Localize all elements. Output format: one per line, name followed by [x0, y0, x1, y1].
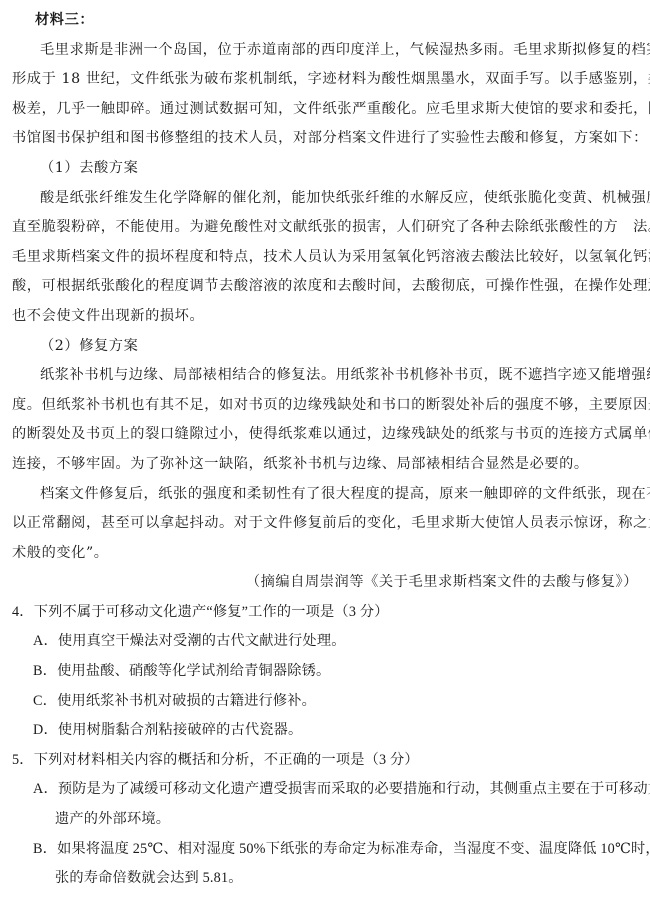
question-4: 4．下列不属于可移动文化遗产“修复”工作的一项是（3 分） A．使用真空干燥法对…	[12, 598, 640, 746]
option-text: 预防是为了减缓可移动文化遗产遭受损害而采取的必要措施和行动，其侧重点主要在于可移…	[58, 781, 650, 797]
intro-paragraph: 毛里求斯是非洲一个岛国，位于赤道南部的西印度洋上，气候湿热多雨。毛里求斯拟修复的…	[12, 36, 640, 154]
option-a: A．使用真空干燥法对受潮的古代文献进行处理。	[12, 627, 640, 657]
option-text: 使用真空干燥法对受潮的古代文献进行处理。	[58, 633, 346, 649]
exam-page: 材料三： 毛里求斯是非洲一个岛国，位于赤道南部的西印度洋上，气候湿热多雨。毛里求…	[12, 6, 640, 894]
option-label: D．	[33, 722, 58, 738]
question-stem: 5．下列对材料相关内容的概括和分析，不正确的一项是（3 分）	[12, 746, 640, 776]
paragraph-line: 毛里求斯是非洲一个岛国，位于赤道南部的西印度洋上，气候湿热多雨。毛里求斯拟修复的…	[12, 36, 640, 66]
question-5: 5．下列对材料相关内容的概括和分析，不正确的一项是（3 分） A．预防是为了减缓…	[12, 746, 640, 894]
paragraph-line: 度。但纸浆补书机也有其不足，如对书页的边缘残缺处和书口的断裂处补后的强度不够，主…	[12, 391, 640, 421]
paragraph-line: 直至脆裂粉碎，不能使用。为避免酸性对文献纸张的损害，人们研究了各种去除纸张酸性的…	[12, 213, 640, 243]
option-b-continued: 张的寿命倍数就会达到 5.81。	[12, 864, 640, 894]
paragraph-line: 连接，不够牢固。为了弥补这一缺陷，纸浆补书机与边缘、局部裱相结合显然是必要的。	[12, 450, 640, 480]
repair-paragraph: 纸浆补书机与边缘、局部裱相结合的修复法。用纸浆补书机修补书页，既不遮挡字迹又能增…	[12, 361, 640, 479]
option-label: B．	[33, 841, 57, 857]
paragraph-line: 术般的变化”。	[12, 539, 640, 569]
paragraph-line: 也不会使文件出现新的损坏。	[12, 302, 640, 332]
paragraph-line: 书馆图书保护组和图书修整组的技术人员，对部分档案文件进行了实验性去酸和修复，方案…	[12, 124, 640, 154]
option-c: C．使用纸浆补书机对破损的古籍进行修补。	[12, 687, 640, 717]
option-text: 如果将温度 25℃、相对湿度 50%下纸张的寿命定为标准寿命，当湿度不变、温度降…	[57, 841, 650, 857]
option-a-continued: 遗产的外部环境。	[12, 805, 640, 835]
question-stem: 4．下列不属于可移动文化遗产“修复”工作的一项是（3 分）	[12, 598, 640, 628]
option-d: D．使用树脂黏合剂粘接破碎的古代瓷器。	[12, 716, 640, 746]
paragraph-line: 形成于 18 世纪，文件纸张为破布浆机制纸，字迹材料为酸性烟黑墨水，双面手写。以…	[12, 65, 640, 95]
question-text: 下列不属于可移动文化遗产“修复”工作的一项是（3 分）	[34, 604, 389, 620]
question-text: 下列对材料相关内容的概括和分析，不正确的一项是（3 分）	[34, 752, 419, 768]
option-label: A．	[33, 781, 58, 797]
section-heading-deacidification: （1）去酸方案	[12, 154, 640, 184]
paragraph-line: 的断裂处及书页上的裂口缝隙过小，使得纸浆难以通过，边缘残缺处的纸浆与书页的连接方…	[12, 420, 640, 450]
option-label: A．	[33, 633, 58, 649]
option-label: C．	[33, 693, 57, 709]
question-number: 5．	[12, 752, 34, 768]
option-text: 使用纸浆补书机对破损的古籍进行修补。	[57, 693, 316, 709]
deacidification-paragraph: 酸是纸张纤维发生化学降解的催化剂，能加快纸张纤维的水解反应，使纸张脆化变黄、机械…	[12, 184, 640, 332]
paragraph-line: 酸，可根据纸张酸化的程度调节去酸溶液的浓度和去酸时间，去酸彻底，可操作性强，在操…	[12, 272, 640, 302]
option-label: B．	[33, 663, 57, 679]
paragraph-line: 极差，几乎一触即碎。通过测试数据可知，文件纸张严重酸化。应毛里求斯大使馆的要求和…	[12, 95, 640, 125]
paragraph-line: 以正常翻阅，甚至可以拿起抖动。对于文件修复前后的变化，毛里求斯大使馆人员表示惊讶…	[12, 509, 640, 539]
option-b: B．如果将温度 25℃、相对湿度 50%下纸张的寿命定为标准寿命，当湿度不变、温…	[12, 835, 640, 865]
option-b: B．使用盐酸、硝酸等化学试剂给青铜器除锈。	[12, 657, 640, 687]
section-heading-repair: （2）修复方案	[12, 332, 640, 362]
source-citation: （摘编自周崇润等《关于毛里求斯档案文件的去酸与修复》）	[12, 568, 640, 598]
material-title: 材料三：	[12, 6, 640, 36]
paragraph-line: 酸是纸张纤维发生化学降解的催化剂，能加快纸张纤维的水解反应，使纸张脆化变黄、机械…	[12, 184, 640, 214]
option-a: A．预防是为了减缓可移动文化遗产遭受损害而采取的必要措施和行动，其侧重点主要在于…	[12, 775, 640, 805]
paragraph-line: 档案文件修复后，纸张的强度和柔韧性有了很大程度的提高，原来一触即碎的文件纸张，现…	[12, 480, 640, 510]
option-text: 使用树脂黏合剂粘接破碎的古代瓷器。	[58, 722, 303, 738]
question-number: 4．	[12, 604, 34, 620]
closing-paragraph: 档案文件修复后，纸张的强度和柔韧性有了很大程度的提高，原来一触即碎的文件纸张，现…	[12, 480, 640, 569]
paragraph-line: 纸浆补书机与边缘、局部裱相结合的修复法。用纸浆补书机修补书页，既不遮挡字迹又能增…	[12, 361, 640, 391]
option-text: 使用盐酸、硝酸等化学试剂给青铜器除锈。	[57, 663, 330, 679]
paragraph-line: 毛里求斯档案文件的损坏程度和特点，技术人员认为采用氢氧化钙溶液去酸法比较好，以氢…	[12, 243, 640, 273]
